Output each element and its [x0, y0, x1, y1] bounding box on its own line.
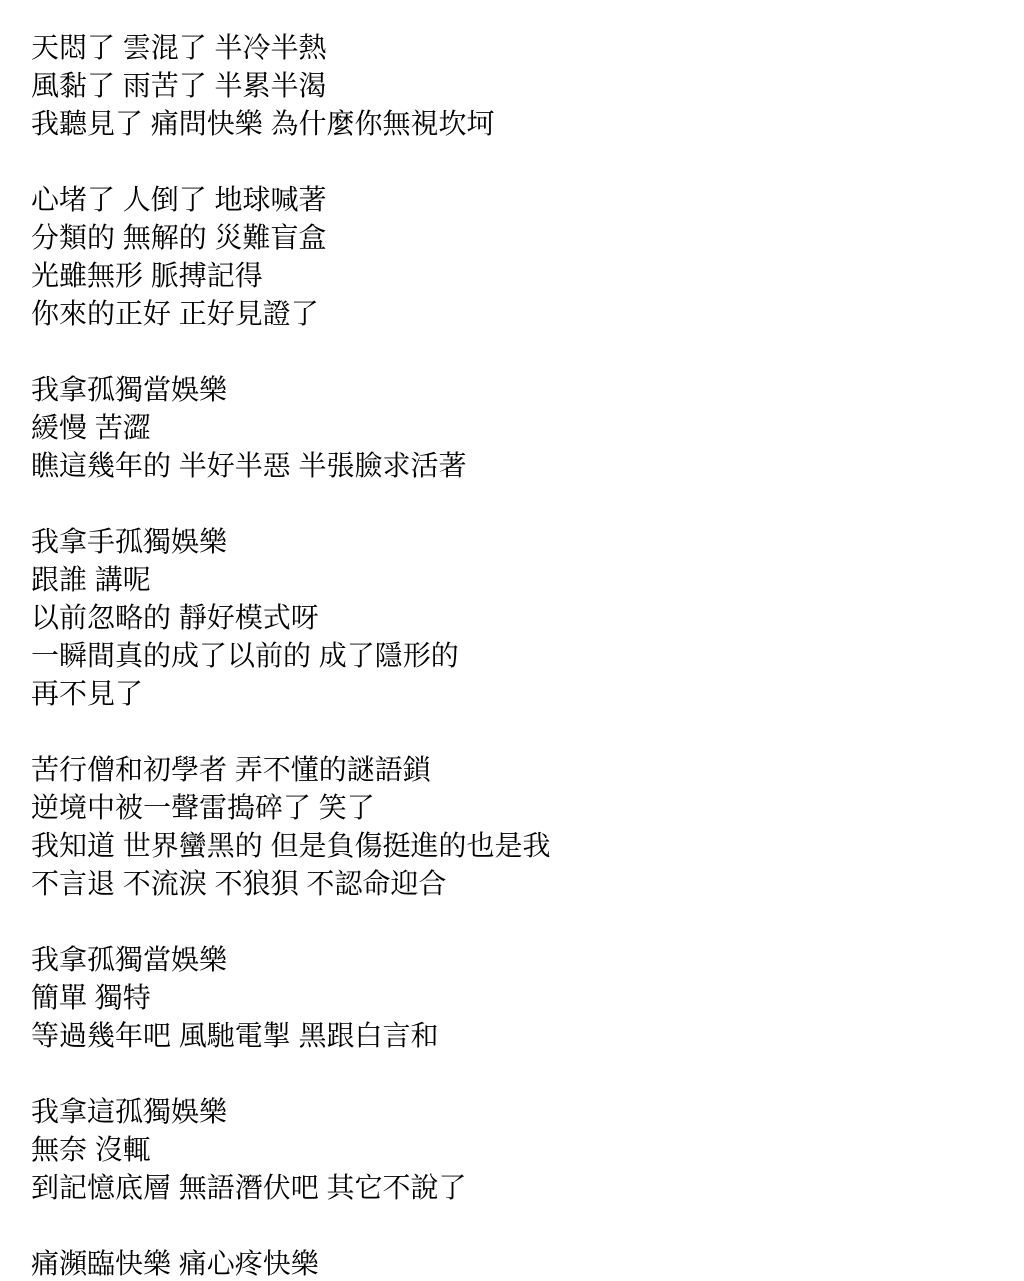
lyric-line: 逆境中被一聲雷搗碎了 笑了	[31, 789, 1004, 827]
stanza-7: 我拿這孤獨娛樂 無奈 沒輒 到記憶底層 無語潛伏吧 其它不說了	[31, 1093, 1004, 1207]
lyric-line: 瞧這幾年的 半好半惡 半張臉求活著	[31, 447, 1004, 485]
lyric-line: 風黏了 雨苦了 半累半渴	[31, 67, 1004, 105]
stanza-6: 我拿孤獨當娛樂 簡單 獨特 等過幾年吧 風馳電掣 黑跟白言和	[31, 941, 1004, 1055]
stanza-2: 心堵了 人倒了 地球喊著 分類的 無解的 災難盲盒 光雖無形 脈搏記得 你來的正…	[31, 181, 1004, 333]
lyric-line: 再不見了	[31, 675, 1004, 713]
lyric-line: 簡單 獨特	[31, 979, 1004, 1017]
lyric-line: 等過幾年吧 風馳電掣 黑跟白言和	[31, 1017, 1004, 1055]
lyric-line: 痛瀕臨快樂 痛心疼快樂	[31, 1245, 1004, 1281]
stanza-8: 痛瀕臨快樂 痛心疼快樂	[31, 1245, 1004, 1281]
stanza-5: 苦行僧和初學者 弄不懂的謎語鎖 逆境中被一聲雷搗碎了 笑了 我知道 世界蠻黑的 …	[31, 751, 1004, 903]
lyric-line: 光雖無形 脈搏記得	[31, 257, 1004, 295]
lyric-line: 我拿手孤獨娛樂	[31, 523, 1004, 561]
lyric-line: 我聽見了 痛問快樂 為什麼你無視坎坷	[31, 105, 1004, 143]
lyric-line: 我拿孤獨當娛樂	[31, 371, 1004, 409]
lyric-line: 一瞬間真的成了以前的 成了隱形的	[31, 637, 1004, 675]
lyric-line: 天悶了 雲混了 半冷半熱	[31, 29, 1004, 67]
lyric-line: 苦行僧和初學者 弄不懂的謎語鎖	[31, 751, 1004, 789]
lyric-line: 你來的正好 正好見證了	[31, 295, 1004, 333]
lyric-line: 以前忽略的 靜好模式呀	[31, 599, 1004, 637]
stanza-4: 我拿手孤獨娛樂 跟誰 講呢 以前忽略的 靜好模式呀 一瞬間真的成了以前的 成了隱…	[31, 523, 1004, 713]
lyric-line: 心堵了 人倒了 地球喊著	[31, 181, 1004, 219]
lyric-line: 我拿孤獨當娛樂	[31, 941, 1004, 979]
lyric-line: 到記憶底層 無語潛伏吧 其它不說了	[31, 1169, 1004, 1207]
lyric-line: 我知道 世界蠻黑的 但是負傷挺進的也是我	[31, 827, 1004, 865]
lyric-line: 不言退 不流淚 不狼狽 不認命迎合	[31, 865, 1004, 903]
stanza-1: 天悶了 雲混了 半冷半熱 風黏了 雨苦了 半累半渴 我聽見了 痛問快樂 為什麼你…	[31, 29, 1004, 143]
lyrics-page: 天悶了 雲混了 半冷半熱 風黏了 雨苦了 半累半渴 我聽見了 痛問快樂 為什麼你…	[0, 0, 1024, 1281]
lyric-line: 分類的 無解的 災難盲盒	[31, 219, 1004, 257]
lyric-line: 無奈 沒輒	[31, 1131, 1004, 1169]
lyric-line: 緩慢 苦澀	[31, 409, 1004, 447]
stanza-3: 我拿孤獨當娛樂 緩慢 苦澀 瞧這幾年的 半好半惡 半張臉求活著	[31, 371, 1004, 485]
lyric-line: 跟誰 講呢	[31, 561, 1004, 599]
lyric-line: 我拿這孤獨娛樂	[31, 1093, 1004, 1131]
